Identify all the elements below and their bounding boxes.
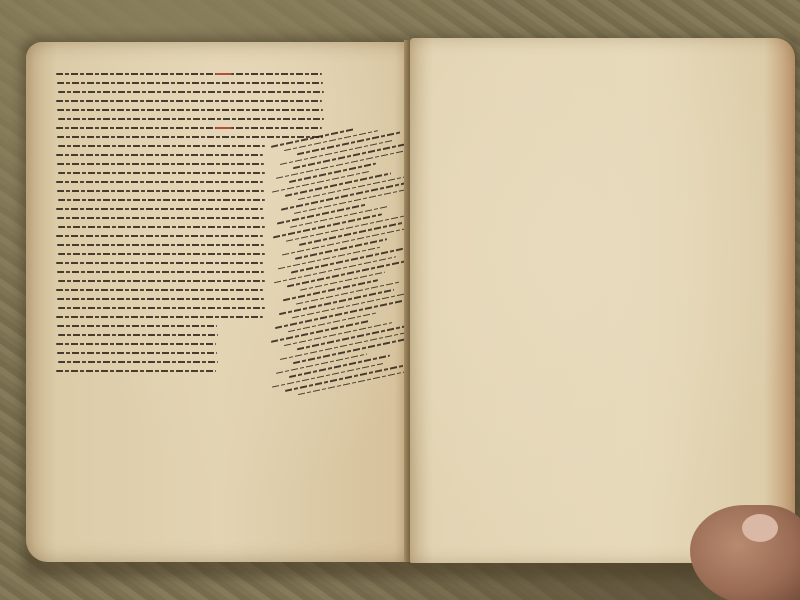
annotation-line <box>279 289 394 315</box>
handwritten-line <box>58 172 265 174</box>
handwritten-line <box>56 343 216 345</box>
handwritten-line <box>56 181 263 183</box>
handwritten-line <box>57 271 264 273</box>
handwritten-line <box>57 352 217 354</box>
handwritten-line <box>57 244 264 246</box>
handwritten-line <box>56 289 263 291</box>
annotation-line <box>297 323 414 349</box>
handwritten-line <box>57 325 217 327</box>
handwritten-line <box>56 316 263 318</box>
handwritten-line <box>57 109 323 111</box>
handwritten-line <box>58 118 324 120</box>
handwritten-line <box>56 127 322 129</box>
handwritten-line <box>58 145 265 147</box>
handwritten-line <box>56 370 216 372</box>
left-page <box>26 42 414 562</box>
handwritten-line <box>58 199 265 201</box>
handwritten-line <box>57 190 264 192</box>
handwritten-line <box>56 73 322 75</box>
handwritten-line <box>58 226 265 228</box>
handwritten-line <box>58 361 218 363</box>
thumbnail <box>742 514 778 542</box>
handwritten-line <box>58 280 265 282</box>
handwritten-line <box>56 100 322 102</box>
annotation-line <box>273 213 382 238</box>
handwritten-line <box>57 82 323 84</box>
annotation-line <box>286 215 405 242</box>
handwritten-line <box>56 208 263 210</box>
handwritten-line <box>56 154 263 156</box>
handwritten-line <box>57 136 323 138</box>
handwritten-line <box>56 262 263 264</box>
handwritten-line <box>57 217 264 219</box>
annotation-line <box>298 174 414 200</box>
handwritten-line <box>57 163 264 165</box>
handwritten-line <box>58 91 324 93</box>
annotation-line <box>276 149 409 179</box>
marginal-annotations <box>271 112 411 562</box>
handwritten-line <box>58 334 218 336</box>
handwritten-line <box>57 298 264 300</box>
handwritten-line <box>58 307 265 309</box>
handwritten-line <box>56 235 263 237</box>
annotation-line <box>291 248 403 273</box>
annotation-line <box>285 364 405 391</box>
right-page-blank <box>410 38 795 563</box>
handwritten-line <box>58 253 265 255</box>
